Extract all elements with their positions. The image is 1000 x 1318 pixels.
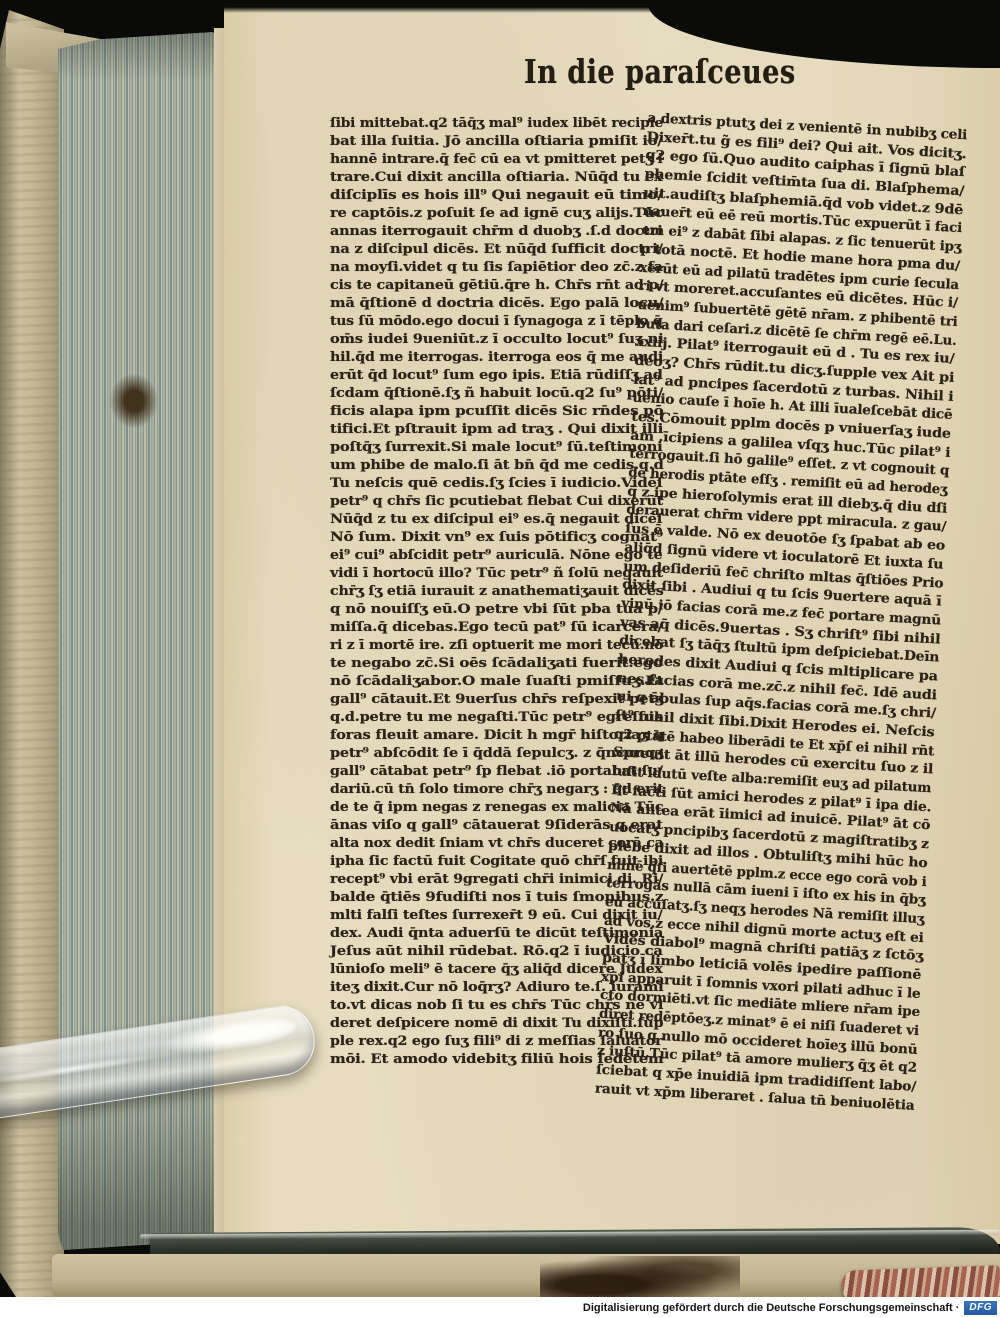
- text-line: tifici.Et pſtrauit ipm ad traʒ . Qui dix…: [330, 421, 663, 439]
- text-line: miſſa.q̄ dicebas.Ego tecū pat⁹ ſū icarce…: [330, 619, 663, 637]
- text-line: q nō nouiſſʒ eū.O petre vbi ſūt pba tua …: [330, 601, 663, 619]
- glass-rod-reflection: [0, 1051, 161, 1087]
- text-line: te negabo zc̄.Si oēs ſcādaliʒati fuerit.…: [330, 655, 663, 673]
- text-line: re captōis.z poſuit ſe ad ignē cuʒ alijs…: [330, 205, 663, 223]
- credit-text: Digitalisierung gefördert durch die Deut…: [583, 1302, 960, 1314]
- text-line: na moyſi.videt q tu ſis ſapiētior deo zc…: [330, 259, 663, 277]
- text-line: gall⁹ cātauit.Et 9uerſus chr̄s reſpexit …: [330, 691, 663, 709]
- text-line: om̄s iudei 9ueniūt.z ī occulto locut⁹ ſu…: [330, 331, 663, 349]
- text-line: ri z ī mortē ire. zſi optuerit me mori t…: [330, 637, 663, 655]
- text-line: ficis alapa ipm pcuſſit dicēs Sic rn̄des…: [330, 403, 663, 421]
- text-line: hil.q̄d me iterrogas. iterroga eos q̄ me…: [330, 349, 663, 367]
- text-line: trare.Cui dixit ancilla oſtiaria. Nūq̄d …: [330, 169, 663, 187]
- text-line: Nō ſum. Dixit vn⁹ ex ſuis pōtificʒ cogna…: [330, 529, 663, 547]
- text-line: um phibe de malo.ſi āt bn̄ q̄d me cedis.…: [330, 457, 663, 475]
- text-line: q.d.petre tu me negaſti.Tūc petr⁹ egreſſ…: [330, 709, 663, 727]
- text-line: annas iterrogauit chr̄m d duobʒ .ſ.d doc…: [330, 223, 663, 241]
- text-line: bat illa ſuitia. Jō ancilla oſtiaria pmi…: [330, 133, 663, 151]
- text-line: na z diſcipul dicēs. Et nūq̄d ſufficit d…: [330, 241, 663, 259]
- text-line: erūt q̄d locut⁹ ſum ego ipis. Etiā rūdiſ…: [330, 367, 663, 385]
- text-line: tus ſū mōdo.ego docui ī ſynagoga z ī tēp…: [330, 313, 663, 331]
- text-line: petr⁹ q chr̄s ſic pcutiebat flebat Cui d…: [330, 493, 663, 511]
- digitization-credit-bar: Digitalisierung gefördert durch die Deut…: [0, 1297, 1000, 1318]
- text-line: ſibi mittebat.q2 tāq̄ʒ mal⁹ iudex libēt …: [330, 115, 663, 133]
- text-line: poſtq̄ʒ ſurrexit.Si male locut⁹ ſū.teſti…: [330, 439, 663, 457]
- text-line: ei⁹ cui⁹ abſcidit petr⁹ auriculā. Nōne e…: [330, 547, 663, 565]
- text-line: Nūq̄d z tu ex diſcipul ei⁹ es.q̄ negauit…: [330, 511, 663, 529]
- text-line: vidi ī hortocū illo? Tūc petr⁹ ñ ſolū ne…: [330, 565, 663, 583]
- text-line: cis te capitaneū gētiū.q̄re h. Chr̄s rn̄…: [330, 277, 663, 295]
- text-column-right: a dextris ptutʒ dei z venientē in nubibʒ…: [594, 110, 967, 1116]
- text-line: nō ſcādaliʒabor.O male ſuaſti pmiſſuʒ.Et: [330, 673, 663, 691]
- text-line: mā q̄ſtionē d doctria dicēs. Ego palā lo…: [330, 295, 663, 313]
- text-line: hannē intrare.q̄ fec̄ cū ea vt pmitteret…: [330, 151, 663, 169]
- dfg-logo: DFG: [964, 1301, 997, 1315]
- text-line: Tu neſcis quē cedis.ſʒ ſcies ī iudicio.V…: [330, 475, 663, 493]
- page-header-title: In die paraſceues: [524, 50, 796, 94]
- fore-edge-stain: [110, 374, 158, 428]
- text-line: diſciplīs es hois ill⁹ Qui negauit eū ti…: [330, 187, 663, 205]
- text-line: ſcdam q̄ſtionē.ſʒ ñ habuit locū.q2 ſu⁹ p…: [330, 385, 663, 403]
- text-line: chr̄ʒ ſʒ etiā iurauit z anathematiʒauit …: [330, 583, 663, 601]
